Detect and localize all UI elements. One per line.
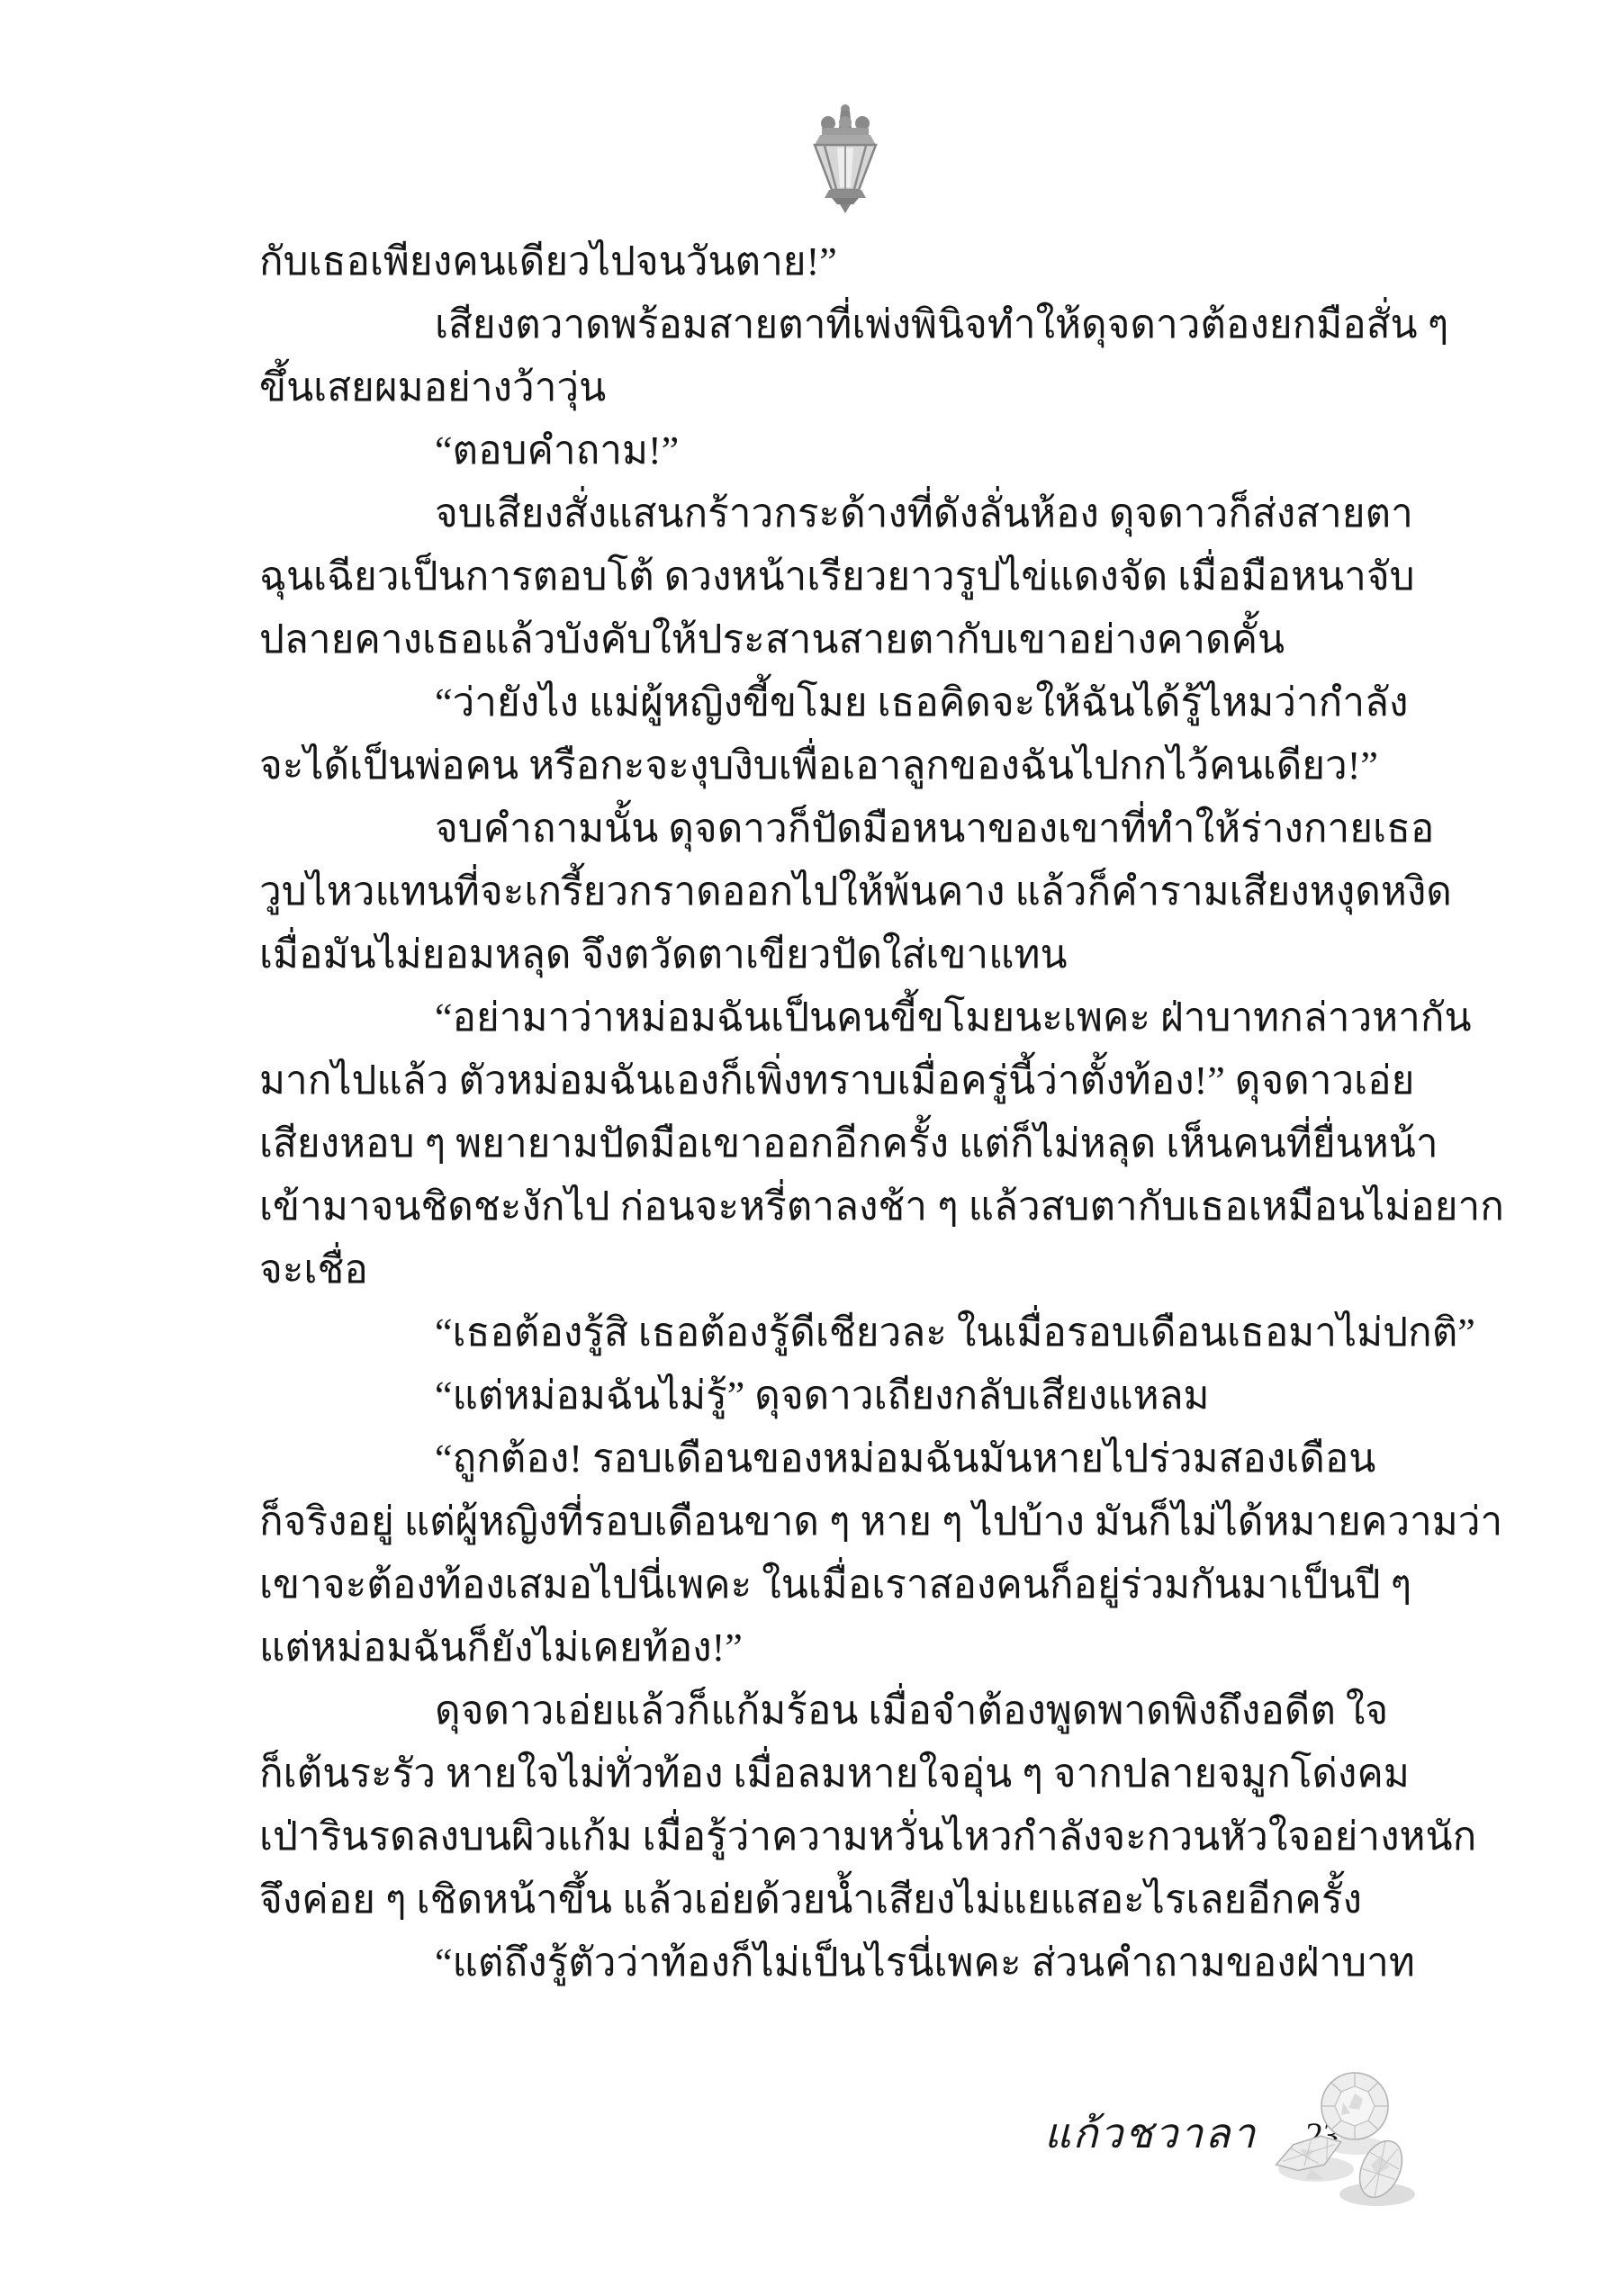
text-line: “แต่ถึงรู้ตัวว่าท้องก็ไม่เป็นไรนี่เพคะ ส… [259, 1931, 1422, 1994]
diamonds-icon [1271, 2059, 1420, 2212]
text-line: เข้ามาจนชิดชะงักไป ก่อนจะหรี่ตาลงช้า ๆ แ… [259, 1175, 1422, 1238]
text-line: จบคำถามนั้น ดุจดาวก็ปัดมือหนาของเขาที่ทำ… [259, 797, 1422, 860]
text-line: ดุจดาวเอ่ยแล้วก็แก้มร้อน เมื่อจำต้องพูดพ… [259, 1679, 1422, 1742]
text-line: แต่หม่อมฉันก็ยังไม่เคยท้อง!” [259, 1616, 1422, 1679]
body-text: กับเธอเพียงคนเดียวไปจนวันตาย!”เสียงตวาดพ… [259, 230, 1422, 1994]
text-line: เป่ารินรดลงบนผิวแก้ม เมื่อรู้ว่าความหวั่… [259, 1805, 1422, 1868]
text-line: “ถูกต้อง! รอบเดือนของหม่อมฉันมันหายไปร่ว… [259, 1427, 1422, 1490]
text-line: ก็เต้นระรัว หายใจไม่ทั่วท้อง เมื่อลมหายใ… [259, 1742, 1422, 1805]
text-line: มากไปแล้ว ตัวหม่อมฉันเองก็เพิ่งทราบเมื่อ… [259, 1049, 1422, 1112]
text-line: ฉุนเฉียวเป็นการตอบโต้ ดวงหน้าเรียวยาวรูป… [259, 545, 1422, 608]
text-line: ขึ้นเสยผมอย่างว้าวุ่น [259, 356, 1422, 419]
text-line: จึงค่อย ๆ เชิดหน้าขึ้น แล้วเอ่ยด้วยน้ำเส… [259, 1868, 1422, 1931]
text-line: “แต่หม่อมฉันไม่รู้” ดุจดาวเถียงกลับเสียง… [259, 1364, 1422, 1427]
text-line: กับเธอเพียงคนเดียวไปจนวันตาย!” [259, 230, 1422, 293]
book-title: แก้วชวาลา [1044, 2101, 1257, 2166]
book-page: กับเธอเพียงคนเดียวไปจนวันตาย!”เสียงตวาดพ… [0, 0, 1605, 2296]
text-line: “ตอบคำถาม!” [259, 419, 1422, 482]
text-line: จบเสียงสั่งแสนกร้าวกระด้างที่ดังลั่นห้อง… [259, 482, 1422, 545]
text-line: “อย่ามาว่าหม่อมฉันเป็นคนขี้ขโมยนะเพคะ ฝ่… [259, 986, 1422, 1049]
text-line: เมื่อมันไม่ยอมหลุด จึงตวัดตาเขียวปัดใส่เ… [259, 923, 1422, 986]
text-line: จะเชื่อ [259, 1238, 1422, 1301]
text-line: เขาจะต้องท้องเสมอไปนี่เพคะ ในเมื่อเราสอง… [259, 1553, 1422, 1616]
text-line: “ว่ายังไง แม่ผู้หญิงขี้ขโมย เธอคิดจะให้ฉ… [259, 671, 1422, 734]
text-line: เสียงตวาดพร้อมสายตาที่เพ่งพินิจทำให้ดุจด… [259, 293, 1422, 356]
text-line: “เธอต้องรู้สิ เธอต้องรู้ดีเชียวละ ในเมื่… [259, 1301, 1422, 1364]
lantern-icon [811, 103, 879, 214]
text-line: ปลายคางเธอแล้วบังคับให้ประสานสายตากับเขา… [259, 608, 1422, 671]
text-line: วูบไหวแทนที่จะเกรี้ยวกราดออกไปให้พ้นคาง … [259, 860, 1422, 923]
text-line: จะได้เป็นพ่อคน หรือกะจะงุบงิบเพื่อเอาลูก… [259, 734, 1422, 797]
text-line: ก็จริงอยู่ แต่ผู้หญิงที่รอบเดือนขาด ๆ หา… [259, 1490, 1422, 1553]
text-line: เสียงหอบ ๆ พยายามปัดมือเขาออกอีกครั้ง แต… [259, 1112, 1422, 1175]
